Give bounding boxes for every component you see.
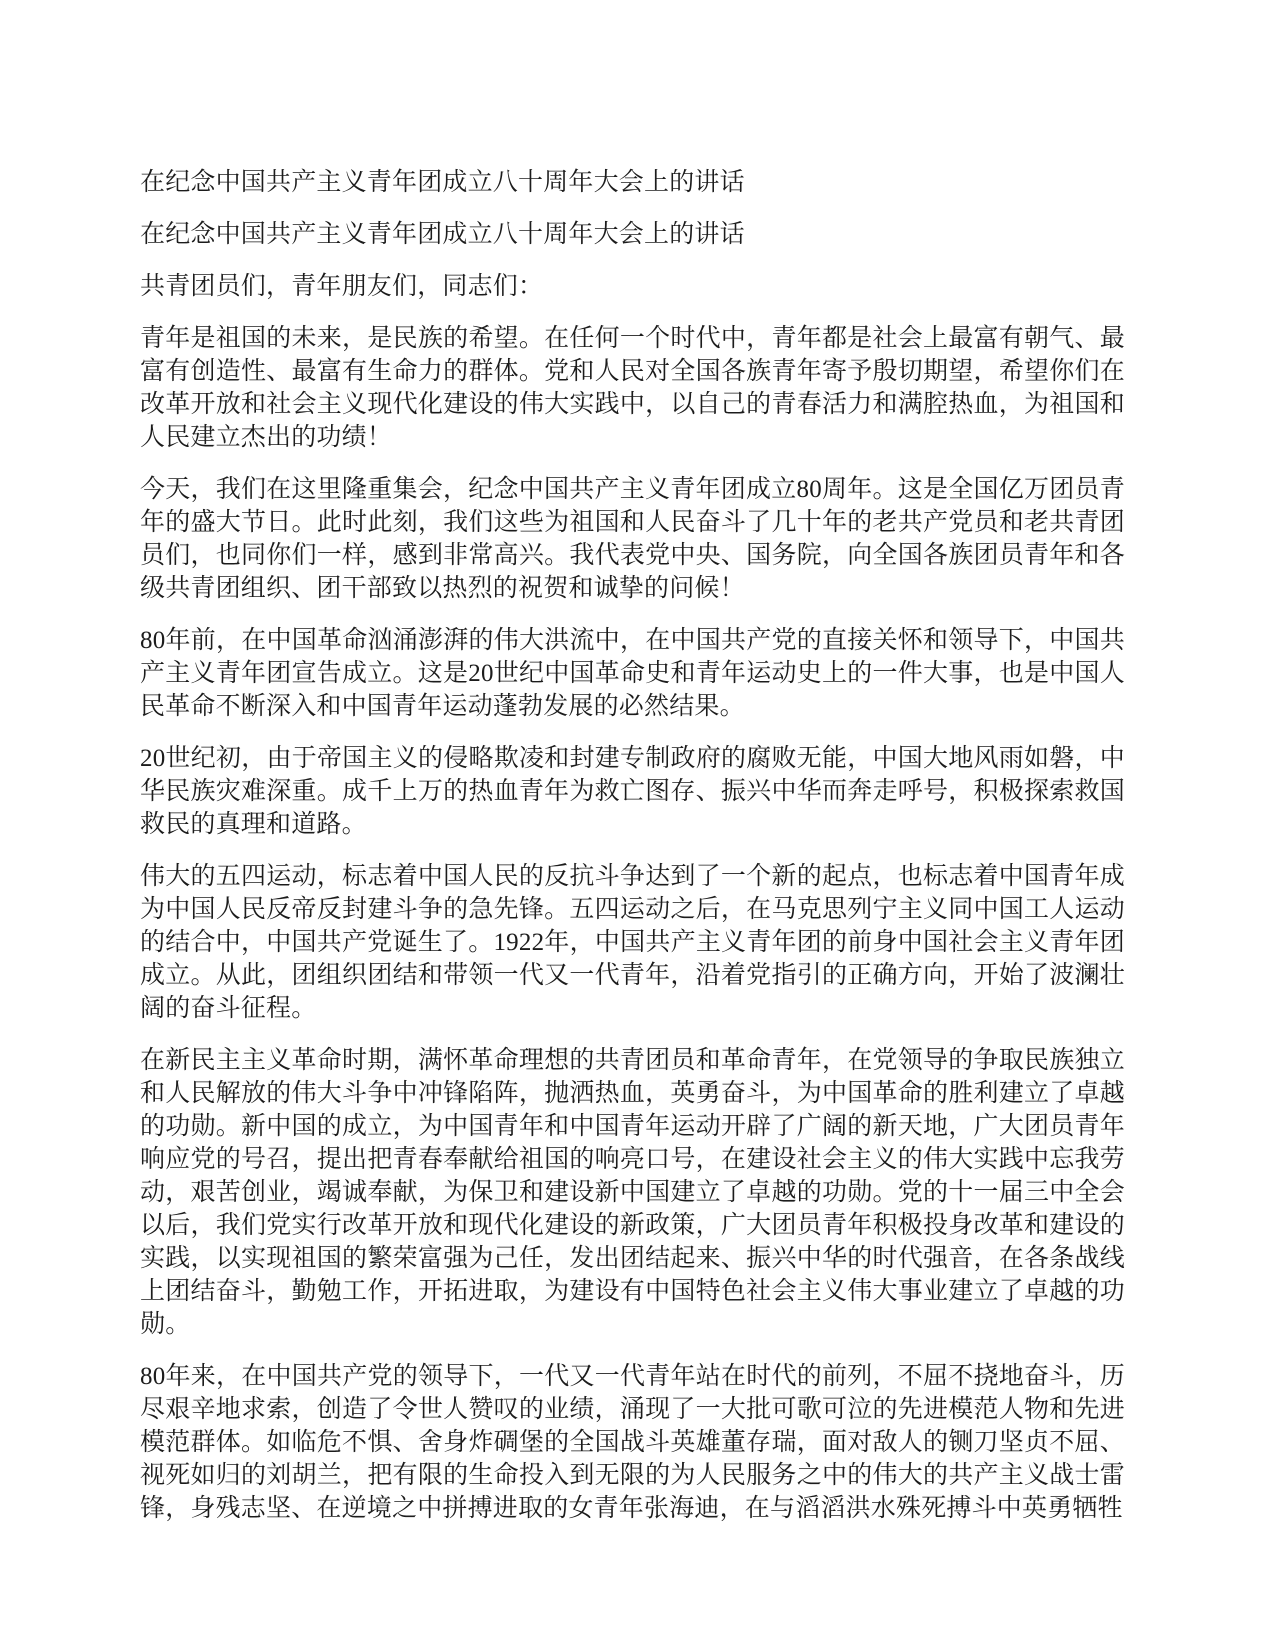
paragraph-founding-80-years-ago: 80年前，在中国革命汹涌澎湃的伟大洪流中，在中国共产党的直接关怀和领导下，中国共… bbox=[140, 624, 1125, 723]
document-page: 在纪念中国共产主义青年团成立八十周年大会上的讲话 在纪念中国共产主义青年团成立八… bbox=[0, 0, 1275, 1650]
document-body: 在纪念中国共产主义青年团成立八十周年大会上的讲话 在纪念中国共产主义青年团成立八… bbox=[140, 166, 1125, 1525]
paragraph-new-democratic-revolution: 在新民主主义革命时期，满怀革命理想的共青团员和革命青年，在党领导的争取民族独立和… bbox=[140, 1044, 1125, 1341]
paragraph-youth-future: 青年是祖国的未来，是民族的希望。在任何一个时代中，青年都是社会上最富有朝气、最富… bbox=[140, 322, 1125, 454]
document-title-line-1: 在纪念中国共产主义青年团成立八十周年大会上的讲话 bbox=[140, 166, 1125, 199]
document-title-line-2: 在纪念中国共产主义青年团成立八十周年大会上的讲话 bbox=[140, 218, 1125, 251]
paragraph-gathering-80th-anniversary: 今天，我们在这里隆重集会，纪念中国共产主义青年团成立80周年。这是全国亿万团员青… bbox=[140, 473, 1125, 605]
paragraph-80-years-heroes: 80年来，在中国共产党的领导下，一代又一代青年站在时代的前列，不屈不挠地奋斗，历… bbox=[140, 1360, 1125, 1525]
paragraph-early-20th-century: 20世纪初，由于帝国主义的侵略欺凌和封建专制政府的腐败无能，中国大地风雨如磐，中… bbox=[140, 742, 1125, 841]
paragraph-may-fourth-movement: 伟大的五四运动，标志着中国人民的反抗斗争达到了一个新的起点，也标志着中国青年成为… bbox=[140, 860, 1125, 1025]
salutation-line: 共青团员们，青年朋友们，同志们： bbox=[140, 270, 1125, 303]
